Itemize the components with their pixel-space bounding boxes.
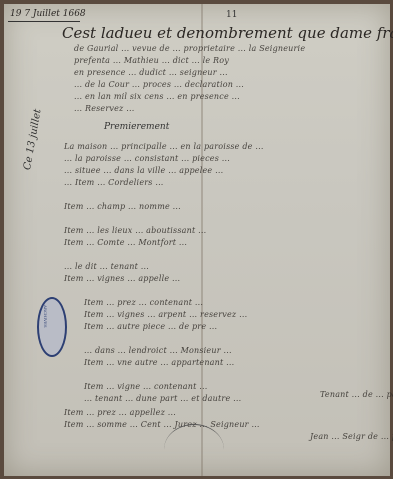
text-line: ... de la Cour ... proces ... declaratio…: [74, 80, 244, 89]
text-line: Item ... vignes ... arpent ... reservez …: [84, 310, 247, 319]
text-line: La maison ... principalle ... en la paro…: [64, 142, 264, 151]
text-line: Item ... vigne ... contenant ...: [84, 382, 207, 391]
text-line: Item ... champ ... nomme ...: [64, 202, 181, 211]
text-line: Item ... vne autre ... appartenant ...: [84, 358, 234, 367]
text-line: ... dans ... lendroict ... Monsieur ...: [84, 346, 232, 355]
text-line: Item ... autre piece ... de pre ...: [84, 322, 217, 331]
text-line: ... tenant ... dune part ... et dautre .…: [84, 394, 241, 403]
document-title: Cest ladueu et denombrement que dame fra…: [62, 24, 393, 42]
text-line: Item ... somme ... Cent ... Jurez ... Se…: [64, 420, 260, 429]
text-line: ... la paroisse ... consistant ... piece…: [64, 154, 230, 163]
right-note: Jean ... Seigr de ... pres: [310, 432, 393, 441]
section-heading: Premierement: [104, 122, 169, 132]
archive-stamp: ARCHIVES: [37, 297, 67, 357]
text-line: ... Reservez ...: [74, 104, 134, 113]
text-line: Item ... prez ... contenant ...: [84, 298, 203, 307]
text-line: ... Item ... Cordeliers ...: [64, 178, 164, 187]
signature-flourish: [164, 424, 224, 475]
text-line: prefenta ... Mathieu ... dict ... le Roy: [74, 56, 229, 65]
text-line: Item ... prez ... appellez ...: [64, 408, 176, 417]
text-line: Item ... les lieux ... aboutissant ...: [64, 226, 206, 235]
date-header: 19 7 Juillet 1668: [10, 9, 86, 19]
text-line: ... le dit ... tenant ...: [64, 262, 149, 271]
page-number: 11: [226, 10, 237, 20]
stamp-text: ARCHIVES: [43, 305, 48, 328]
margin-note: Ce 13 juillet: [22, 108, 44, 171]
date-underline: [8, 21, 80, 22]
text-line: en presence ... dudict ... seigneur ...: [74, 68, 228, 77]
text-line: ... situee ... dans la ville ... appelee…: [64, 166, 223, 175]
manuscript-page: 19 7 Juillet 1668 11 Cest ladueu et deno…: [4, 4, 390, 476]
text-line: Item ... Comte ... Montfort ...: [64, 238, 187, 247]
text-line: de Gaurial ... vevue de ... proprietaire…: [74, 44, 305, 53]
text-line: ... en lan mil six cens ... en presence …: [74, 92, 240, 101]
right-note: Tenant ... de ... part: [320, 390, 393, 399]
text-line: Item ... vignes ... appelle ...: [64, 274, 180, 283]
